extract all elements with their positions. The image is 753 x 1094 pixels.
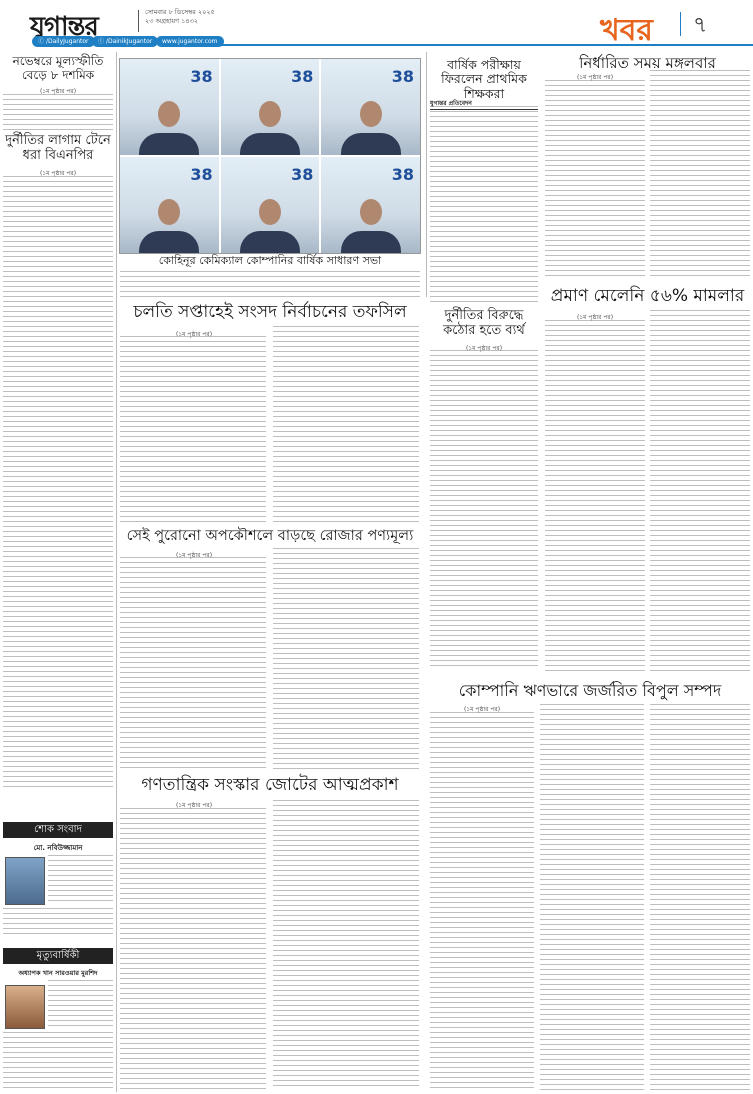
anniversary-text-cont (3, 1032, 113, 1090)
article-body-kohinoor (120, 271, 420, 301)
section-title: খবর (600, 6, 653, 57)
meeting-photo: 38 (321, 59, 420, 155)
headline-cases: প্রমাণ মেলেনি ৫৬% মামলার (545, 287, 750, 307)
article-body-company-col2 (540, 704, 644, 1090)
headline-kohinoor: কোহিনূর কেমিক্যাল কোম্পানির বার্ষিক সাধা… (119, 255, 421, 268)
article-body-teachers (430, 106, 538, 306)
meeting-photo: 38 (120, 157, 219, 253)
article-body-cases-col2 (650, 310, 750, 675)
headline-corruption: দুর্নীতির বিরুদ্ধে কঠোর হতে ব্যর্থ (428, 309, 540, 339)
meeting-photo: 38 (120, 59, 219, 155)
condolence-box-title: শোক সংবাদ (3, 822, 113, 838)
article-body-corruption (430, 350, 538, 668)
meeting-photo-grid: 38 38 38 38 38 38 (119, 58, 421, 254)
date-bengali: ২৩ অগ্রহায়ণ ১৪৩২ (145, 17, 215, 26)
anniversary-box-title: মৃত্যুবার্ষিকী (3, 948, 113, 964)
twitter-icon: ⓣ (98, 38, 104, 45)
meeting-photo: 38 (321, 157, 420, 253)
column-divider (116, 52, 117, 1092)
article-body-company-col3 (650, 704, 750, 1090)
article-body-election-col1 (120, 336, 266, 524)
header-rule (218, 44, 753, 46)
article-body-election-col2 (273, 326, 419, 524)
condolence-photo (5, 857, 45, 905)
anniversary-photo (5, 985, 45, 1029)
headline-election: চলতি সপ্তাহেই সংসদ নির্বাচনের তফসিল (119, 303, 421, 323)
facebook-icon: ⓕ (38, 38, 44, 45)
article-body-ramadan-col2 (273, 548, 419, 772)
masthead-date: সোমবার ৮ ডিসেম্বর ২০২৫ ২৩ অগ্রহায়ণ ১৪৩২ (145, 8, 215, 26)
article-body-scheduled-col1 (545, 80, 645, 280)
article-body-company-col1 (430, 712, 534, 1090)
masthead-divider (138, 10, 139, 32)
headline-ramadan-prices: সেই পুরোনো অপকৌশলে বাড়ছে রোজার পণ্যমূল্… (119, 528, 421, 545)
social-facebook-link[interactable]: ⓕ /DailyJugantor (32, 36, 95, 47)
meeting-photo: 38 (221, 59, 320, 155)
headline-inflation: নভেম্বরে মূল্যস্ফীতি বেড়ে ৮ দশমিক (2, 55, 114, 83)
section-divider (680, 12, 681, 36)
article-body-alliance-col1 (120, 808, 266, 1090)
article-body-alliance-col2 (273, 800, 419, 1090)
article-body-scheduled-col2 (650, 70, 750, 280)
anniversary-name: অধ্যাপক খান সারওয়ার মুরশিদ (3, 968, 113, 979)
headline-company-debt: কোম্পানি ঋণভারে জর্জরিত বিপুল সম্পদ (430, 682, 750, 700)
social-twitter-link[interactable]: ⓣ /DainikJugantor (92, 36, 158, 47)
headline-bnp: দুর্নীতির লাগাম টেনে ধরা বিএনপির (2, 134, 114, 164)
condolence-name: মো. নবিউজ্জামান (3, 842, 113, 854)
condolence-text (48, 855, 113, 905)
website-link[interactable]: www.jugantor.com (156, 36, 224, 47)
page-number: ৭ (693, 8, 707, 45)
article-body-ramadan-col1 (120, 557, 266, 772)
meeting-photo: 38 (221, 157, 320, 253)
headline-teachers: বার্ষিক পরীক্ষায় ফিরলেন প্রাথমিক শিক্ষক… (428, 58, 540, 101)
date-gregorian: সোমবার ৮ ডিসেম্বর ২০২৫ (145, 8, 215, 17)
article-body-cases-col1 (545, 320, 645, 675)
article-body-bnp (3, 176, 113, 788)
anniversary-text (48, 980, 113, 1030)
headline-alliance: গণতান্ত্রিক সংস্কার জোটের আত্মপ্রকাশ (119, 776, 421, 796)
condolence-text-cont (3, 908, 113, 938)
article-body-inflation (3, 94, 113, 132)
column-divider (426, 52, 427, 297)
